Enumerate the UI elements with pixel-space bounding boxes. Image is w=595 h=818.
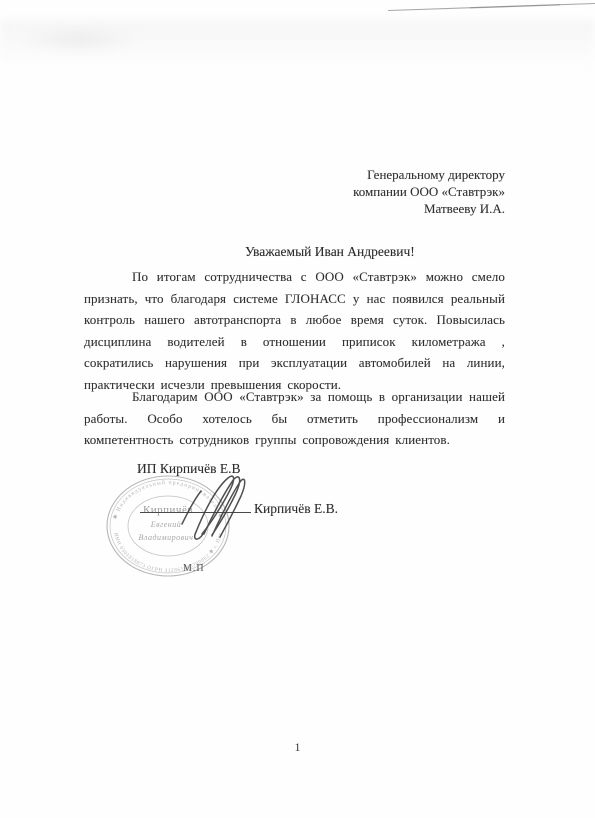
- handwritten-signature: [170, 468, 260, 548]
- signature-line: [140, 512, 251, 513]
- recipient-line: Генеральному директору: [353, 166, 505, 183]
- page-number: 1: [0, 740, 595, 755]
- recipient-line: компании ООО «Ставтрэк»: [353, 183, 505, 200]
- scan-artifact-line: [0, 0, 595, 20]
- recipient-block: Генеральному директору компании ООО «Ста…: [353, 166, 505, 217]
- body-paragraph-1: По итогам сотрудничества с ООО «Ставтрэк…: [84, 266, 505, 395]
- salutation: Уважаемый Иван Андреевич!: [245, 244, 415, 260]
- scan-haze: [0, 20, 595, 78]
- company-stamp: ✱ Индивидуальный предприниматель ✱ ИНН 0…: [100, 468, 245, 588]
- seal-place-mark: М.П: [183, 563, 205, 574]
- recipient-line: Матвееву И.А.: [353, 200, 505, 217]
- stamp-name-first: Евгений: [150, 520, 182, 529]
- body-paragraph-2: Благодарим ООО «Ставтрэк» за помощь в ор…: [84, 386, 505, 451]
- stamp-ring-bottom-text: ИНН 0301818873 ОГРН 312861965700062 ✱ г.…: [112, 532, 223, 574]
- signer-title: ИП Кирпичёв Е.В: [137, 461, 240, 477]
- stamp-ring-top-text: ✱ Индивидуальный предприниматель ✱: [112, 479, 225, 520]
- stamp-name-patronymic: Владимирович: [139, 533, 194, 542]
- signature-caption: Кирпичёв Е.В.: [254, 501, 338, 517]
- scan-smudge: [14, 26, 144, 54]
- scanned-letter-page: Генеральному директору компании ООО «Ста…: [0, 0, 595, 818]
- stamp-name-surname: Кирпичёв: [143, 504, 193, 516]
